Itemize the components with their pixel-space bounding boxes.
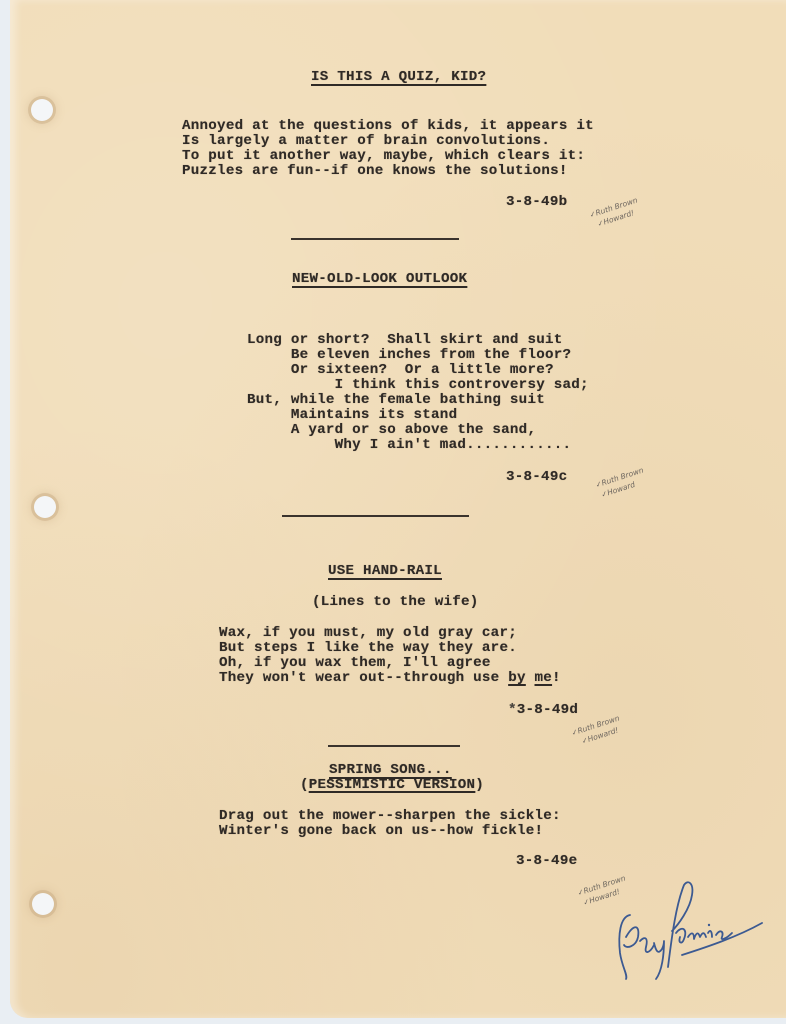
poem-2-line: Long or short? Shall skirt and suit bbox=[247, 332, 563, 348]
poem-4-title: SPRING SONG... bbox=[329, 762, 452, 778]
poem-4-title-line-2: (PESSIMISTIC VERSION) bbox=[300, 777, 484, 793]
poem-4-date-code: 3-8-49e bbox=[516, 853, 577, 869]
poem-3-line: Wax, if you must, my old gray car; bbox=[219, 625, 517, 641]
poem-1-line: Puzzles are fun--if one knows the soluti… bbox=[182, 163, 568, 179]
poem-4-subtitle: PESSIMISTIC VERSION bbox=[309, 777, 476, 793]
binder-hole-middle bbox=[34, 496, 56, 518]
section-divider bbox=[291, 238, 459, 240]
poem-2-date-code: 3-8-49c bbox=[506, 469, 567, 485]
poem-3-subtitle: (Lines to the wife) bbox=[312, 594, 479, 610]
poem-1-line: Is largely a matter of brain convolution… bbox=[182, 133, 550, 149]
binder-hole-top bbox=[31, 99, 53, 121]
star-mark-icon: * bbox=[508, 702, 517, 718]
poem-1-line: To put it another way, maybe, which clea… bbox=[182, 148, 585, 164]
poem-4-line: Drag out the mower--sharpen the sickle: bbox=[219, 808, 561, 824]
poem-2-line: Be eleven inches from the floor? bbox=[247, 347, 571, 363]
poem-3-line: They won't wear out--through use by me! bbox=[219, 670, 561, 686]
section-divider bbox=[328, 745, 460, 747]
poem-2-line: Or sixteen? Or a little more? bbox=[247, 362, 554, 378]
poem-3-date-code: *3-8-49d bbox=[508, 702, 578, 718]
poem-2-title: NEW-OLD-LOOK OUTLOOK bbox=[292, 271, 467, 287]
poem-2-line: I think this controversy sad; bbox=[247, 377, 589, 393]
poem-3-line: Oh, if you wax them, I'll agree bbox=[219, 655, 491, 671]
binder-hole-bottom bbox=[32, 893, 54, 915]
emphasis-me: me bbox=[535, 670, 553, 686]
poem-1-title: IS THIS A QUIZ, KID? bbox=[311, 69, 486, 85]
poem-4-line: Winter's gone back on us--how fickle! bbox=[219, 823, 543, 839]
poem-2-line: Why I ain't mad............ bbox=[247, 437, 571, 453]
handwritten-signature bbox=[612, 875, 772, 985]
poem-1-line: Annoyed at the questions of kids, it app… bbox=[182, 118, 594, 134]
poem-2-line: Maintains its stand bbox=[247, 407, 457, 423]
poem-3-line: But steps I like the way they are. bbox=[219, 640, 517, 656]
emphasis-by: by bbox=[508, 670, 526, 686]
poem-2-line: A yard or so above the sand, bbox=[247, 422, 536, 438]
section-divider bbox=[282, 515, 469, 517]
poem-3-title: USE HAND-RAIL bbox=[328, 563, 442, 579]
poem-1-date-code: 3-8-49b bbox=[506, 194, 567, 210]
poem-2-line: But, while the female bathing suit bbox=[247, 392, 545, 408]
